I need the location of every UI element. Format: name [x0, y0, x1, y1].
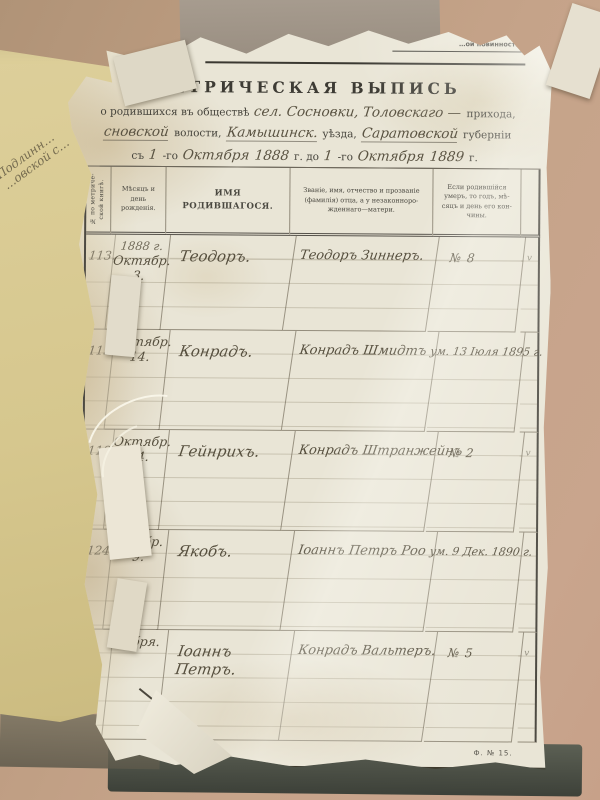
- intro-printed: -го: [338, 151, 353, 163]
- row-year: 1888 г.: [114, 239, 170, 253]
- row-father: Конрадъ Штранжейнъ: [281, 431, 439, 532]
- photo-of-document: Подлинн… …овской с… …ой повинности. МЕТР…: [0, 0, 600, 800]
- header-col-number-label: № по метриче- ской книгѣ.: [89, 168, 107, 229]
- row-child-name: Якобъ.: [156, 530, 295, 631]
- row-note: № 8: [427, 237, 526, 333]
- intro-handwritten: 1: [148, 147, 158, 163]
- header-col-date: Мѣсяцъ и день рожденія.: [111, 167, 166, 235]
- intro-handwritten: 1888: [254, 148, 290, 164]
- row-father: Конрадъ Вальтеръ.: [279, 631, 438, 742]
- father-name: Іоаннъ Петръ Роо: [297, 543, 427, 559]
- intro-handwritten: сновской: [103, 124, 170, 141]
- top-horizontal-rule: [205, 61, 525, 69]
- intro-printed: прихода,: [467, 108, 516, 120]
- torn-scrap-top-right: [546, 3, 600, 99]
- intro-handwritten: сел. Сосновки, Толовскаго —: [254, 104, 463, 121]
- form-number: Ф. № 15.: [473, 749, 512, 757]
- row-father: Конрадъ Шмидтъум. 13 Іюля 1895 г.: [282, 331, 440, 432]
- intro-printed: г. до: [294, 151, 319, 163]
- intro-printed: волости,: [174, 127, 221, 139]
- intro-line-2: сновской волости, Камышинск. уѣзда, Сара…: [82, 123, 534, 143]
- metrical-extract-document: …ой повинности. МЕТРИЧЕСКАЯ ВЫПИСЬ о род…: [55, 24, 552, 767]
- header-col-margin: [521, 170, 540, 238]
- intro-printed: г.: [469, 152, 478, 164]
- father-name: Конрадъ Вальтеръ.: [297, 643, 437, 659]
- intro-line-1: о родившихся въ обществѣ сел. Сосновки, …: [82, 102, 534, 121]
- intro-printed: губерніи: [463, 129, 511, 141]
- folder-handwritten-note: Подлинн… …овской с…: [0, 126, 72, 193]
- row-note: № 2: [426, 432, 525, 533]
- row-note: [426, 332, 525, 433]
- header-col-father: Званіе, имя, отчество и прозваніе (фамил…: [290, 168, 433, 237]
- row-father: Іоаннъ Петръ Рооум. 9 Дек. 1890 г.: [280, 531, 438, 632]
- intro-printed: -го: [163, 150, 178, 162]
- intro-handwritten: Октября: [357, 148, 425, 164]
- intro-handwritten: Камышинск.: [225, 124, 318, 142]
- father-name: Конрадъ Шмидтъ: [298, 343, 427, 359]
- intro-handwritten: Октября: [182, 147, 250, 163]
- intro-printed: уѣзда,: [322, 128, 356, 140]
- intro-printed: съ: [131, 150, 144, 162]
- row-father: Теодоръ Зиннеръ.: [283, 236, 440, 332]
- death-note: [427, 250, 429, 263]
- header-col-name: ИМЯ РОДИВШАГОСЯ.: [166, 167, 290, 236]
- intro-handwritten: 1889: [429, 149, 465, 165]
- intro-handwritten: Саратовской: [361, 125, 459, 143]
- header-col-death: Если родившійся умеръ, то годъ, мѣ- сяцъ…: [433, 169, 521, 238]
- intro-handwritten: 1: [323, 148, 333, 164]
- intro-printed: о родившихся въ обществѣ: [100, 106, 249, 119]
- row-note: [425, 532, 524, 633]
- row-note: № 5: [424, 632, 524, 743]
- row-child-name: Теодоръ.: [159, 235, 297, 331]
- father-name: Теодоръ Зиннеръ.: [299, 248, 425, 264]
- row-month: Октябр.: [112, 253, 168, 268]
